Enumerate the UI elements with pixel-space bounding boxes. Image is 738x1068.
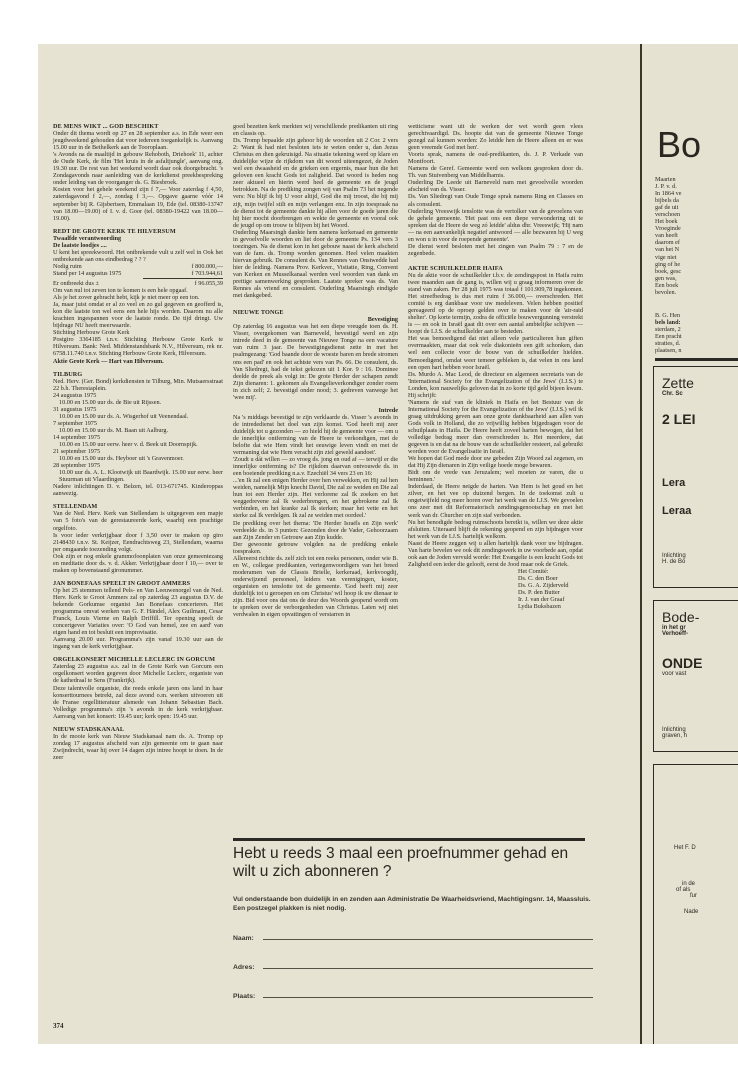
section-subtitle: Bevestiging [233, 316, 398, 323]
subscription-coupon: Hebt u reeds 3 maal een proefnummer geha… [233, 845, 593, 1000]
text-line: daarom ef [655, 239, 681, 246]
paragraph: Postgiro 3364185 t.n.v. Stichting Herbou… [53, 336, 223, 357]
name-field[interactable]: Naam: [233, 935, 593, 942]
ad-title: Zette [662, 375, 738, 391]
ad-footer: H. de Bo [662, 559, 738, 565]
ad-box-2: Bode- in het gr Verhoeff- ONDE voor vast… [653, 600, 738, 752]
section-title: ORGELKONSERT MICHELLE LECLERC IN GORCUM [53, 656, 223, 663]
text-line: J. P. v. d. [655, 183, 681, 190]
paragraph: Na 's middags bevestigd te zijn verklaar… [233, 414, 398, 456]
paragraph: Zaterdag 23 augustus a.s. zal in de Grot… [53, 663, 223, 684]
section-subtitle: De laatste loodjes .... [53, 242, 223, 249]
section-title: DE MENS WIKT ... GOD BESCHIKT [53, 123, 223, 130]
schedule-date: 14 september 1975 [53, 434, 223, 441]
address-field[interactable]: Adres: [233, 964, 593, 971]
paragraph: Ja, maar juist omdat er al zo veel en zo… [53, 301, 223, 329]
section-title: JAN BONEFAAS SPEELT IN GROOT AMMERS [53, 580, 223, 587]
name-line[interactable] [263, 938, 593, 940]
text-line: In 1864 ve [655, 190, 681, 197]
text-line: verschoen [655, 211, 681, 218]
schedule-detail: 10.00 en 15.00 uur ds. A. Wisgerhof uit … [53, 413, 223, 420]
paragraph: Naast de Heere zeggen wij u allen hartel… [408, 540, 583, 568]
paragraph: Van de Ned. Herv. Kerk van Stellendam is… [53, 510, 223, 531]
paragraph: Der gewoonte getrouw volgden na de predi… [233, 541, 398, 555]
ad-line: fur [690, 893, 738, 899]
ad-subtitle: Verhoeff- [662, 631, 738, 637]
facing-text-block: B. G. Hen bels land: sterdam, 2 Een prac… [655, 312, 682, 354]
text-line: Het boek [655, 218, 681, 225]
schedule-detail: 10.00 en 15.00 uur ds. M. Baan uit Aalbu… [53, 427, 223, 434]
amount-value: f 96.055,39 [195, 280, 223, 287]
paragraph: Ds. Van Sliedregt van Oude Tonge sprak n… [408, 193, 583, 207]
amount-value: f 800.000,— [192, 263, 223, 270]
section-title: STELLENDAM [53, 503, 223, 510]
amount-row: Er ontbreekt dus ±f 96.055,39 [53, 280, 223, 287]
schedule-date: 21 september 1975 [53, 448, 223, 455]
paragraph: Ouderling Vreeswijk tenslotte was de ver… [408, 208, 583, 243]
paragraph: Om van nul tot zeven ton te komen is een… [53, 287, 223, 294]
text-line: bijbels da [655, 197, 681, 204]
text-line: straties, d. [655, 340, 682, 347]
column-3: wetticisme want uit de werken der wet wo… [408, 123, 583, 610]
paragraph: wetticisme want uit de werken der wet wo… [408, 123, 583, 151]
paragraph: We hopen dat God mede door uw gebeden Zi… [408, 455, 583, 469]
paragraph: Stichting Herbouw Grote Kerk [53, 329, 223, 336]
ad-line: voor vast [662, 671, 738, 677]
paragraph: Nadere inlichtingen D. v. Belzen, tel. 0… [53, 483, 223, 497]
text-line: van heeft [655, 232, 681, 239]
paragraph: Op het 25 stemmen tellend Pels- en Van L… [53, 587, 223, 636]
amount-row: Nodig ruimf 800.000,— [53, 263, 223, 270]
paragraph: Namens de Geref. Gemeente werd een welko… [408, 165, 583, 179]
ad-box-3: Het F. D in de of als fur Nade [653, 764, 738, 1044]
paragraph: 'Zoudt u dát willen — zo vroeg ds. jong … [233, 456, 398, 477]
committee-member: Ir. J. van der Graaf [518, 596, 583, 603]
section-title: REDT DE GROTE KERK TE HILVERSUM [53, 228, 223, 235]
ad-box-1: Zette Chr. Sc 2 LEI Lera Leraa Inlichtin… [653, 366, 738, 588]
paragraph: Ds. Tromp bepaalde zijn gehoor bij de wo… [233, 137, 398, 229]
paragraph: Ook zijn er nog enkele grammofoonplaten … [53, 553, 223, 574]
paragraph: goed bezetten kerk merkten wij verschill… [233, 123, 398, 137]
text-line: boek, gesc [655, 268, 681, 275]
city-line[interactable] [263, 996, 593, 998]
text-line: B. G. Hen [655, 312, 682, 319]
name-label: Naam: [233, 935, 263, 942]
text-line: bels land: [655, 319, 682, 326]
coupon-headline: Hebt u reeds 3 maal een proefnummer geha… [233, 845, 593, 881]
amount-label: Nodig ruim [53, 263, 82, 270]
text-line: vige niet [655, 254, 681, 261]
paragraph: De prediking over het thema: 'De Herder … [233, 520, 398, 541]
schedule-date: 28 september 1975 [53, 462, 223, 469]
text-line: Een boek [655, 282, 681, 289]
ad-line: Leraa [662, 505, 738, 517]
paragraph: Het was bemoedigend dat niet alleen vele… [408, 335, 583, 370]
paragraph: Is voor ieder verkrijgbaar door f 3,50 o… [53, 532, 223, 553]
paragraph: Deze talentvolle organiste, die reeds en… [53, 685, 223, 720]
ad-line: Nade [684, 909, 738, 915]
coupon-instructions: Vul onderstaande bon duidelijk in en zen… [233, 895, 593, 913]
amount-label: Er ontbreekt dus ± [53, 280, 99, 287]
schedule-detail: 10.00 en 15.00 uur eerw. heer v. d. Beek… [53, 441, 223, 448]
section-title: AKTIE SCHUILKELDER HAIFA [408, 265, 583, 272]
paragraph: Kosten voor het gehele weekend zijn f 7,… [53, 186, 223, 221]
schedule-detail: 10.00 en 15.00 uur ds. Heyboer uit 's Gr… [53, 455, 223, 462]
committee-member: Ds. P. den Butter [518, 589, 583, 596]
paragraph: Ouderling De Leede uit Barneveld nam met… [408, 179, 583, 193]
text-line: plaatsen, n [655, 347, 682, 354]
ad-headline: ONDE [662, 655, 738, 671]
text-line: gen was, [655, 275, 681, 282]
paragraph: 'Namens de staf van de kliniek in Haifa … [408, 399, 583, 455]
schedule-date: 7 september 1975 [53, 420, 223, 427]
facing-text-block: Maarten J. P. v. d. In 1864 ve bijbels d… [655, 176, 681, 296]
paragraph: Nu de aktie voor de schuilkelder t.b.v. … [408, 272, 583, 335]
ad-title: Bode- [662, 609, 738, 625]
paragraph: Allereerst richtte ds. zelf zich tot een… [233, 555, 398, 618]
ad-line: Het F. D [674, 845, 738, 851]
text-line: ging of he [655, 261, 681, 268]
sum-rule [143, 278, 223, 279]
text-line: sterdam, 2 [655, 326, 682, 333]
amount-label: Stand per 14 augustus 1975 [53, 270, 121, 277]
paragraph: 's Avonds na de maaltijd in gebouw Rehob… [53, 151, 223, 186]
text-line: Vroeginde [655, 225, 681, 232]
facing-page-heading: Bo [657, 124, 701, 166]
paragraph: Voorts sprak, namens de oud-predikanten,… [408, 151, 583, 165]
address-label: Adres: [233, 964, 263, 971]
text-line: bevolen. [655, 289, 681, 296]
schedule-detail: 10.00 uur ds. A. L. Klootwijk uit Baardw… [53, 469, 223, 483]
paragraph: Aanvang 20.00 uur. Programma's zijn vana… [53, 636, 223, 650]
section-subtitle: Intrede [233, 407, 398, 414]
paragraph: In de mooie kerk van Nieuw Stadskanaal n… [53, 733, 223, 761]
section-title: NIEUW STADSKANAAL [53, 726, 223, 733]
committee-member: Ds. G. A. Zijderveld [518, 582, 583, 589]
section-subtitle: Twaalfde verantwoording [53, 235, 223, 242]
paragraph: Inderdaad, de Heere neigde de harten. Va… [408, 483, 583, 518]
paragraph: Bidt om de vrede van Jeruzalem; wel moet… [408, 469, 583, 483]
section-title: NIEUWE TONGE [233, 309, 398, 316]
ad-footer: graven, h [662, 733, 738, 739]
ad-line: Lera [662, 477, 738, 489]
coupon-divider [233, 838, 585, 841]
column-2: goed bezetten kerk merkten wij verschill… [233, 123, 398, 618]
address-line[interactable] [263, 967, 593, 969]
paragraph: Ned. Herv. (Ger. Bond) kerkdiensten te T… [53, 378, 223, 392]
paragraph: Nu het benodigde bedrag ruimschoots bere… [408, 519, 583, 540]
text-line: Maarten [655, 176, 681, 183]
facing-page: Bo Maarten J. P. v. d. In 1864 ve bijbel… [647, 44, 738, 1044]
paragraph: Onder dit thema wordt op 27 en 28 septem… [53, 130, 223, 151]
amount-value: f 703.944,61 [192, 270, 223, 277]
schedule-date: 31 augustus 1975 [53, 406, 223, 413]
paragraph: U kent het spreekwoord. Het ontbrekende … [53, 249, 223, 263]
committee-member: Ds. C. den Boer [518, 575, 583, 582]
paragraph: Ds. Murdo A. Mac Leod, de directeur en a… [408, 371, 583, 399]
paragraph: Op zaterdag 16 augustus was het een diep… [233, 323, 398, 401]
ad-headline: 2 LEI [662, 411, 738, 427]
paragraph: ...'en Ik zal een enigen Herder over hen… [233, 477, 398, 519]
paragraph: Als je het zover gebracht hebt, kijk je … [53, 294, 223, 301]
committee-member: Lydia Buksbazen [518, 603, 583, 610]
paragraph: Ouderling Maarsingh dankte hem namens ke… [233, 229, 398, 299]
page-gutter [640, 44, 642, 1044]
committee-label: Het Comité: [518, 568, 583, 575]
section-title: TILBURG [53, 371, 223, 378]
text-line: gaf de uit [655, 204, 681, 211]
schedule-date: 24 augustus 1975 [53, 392, 223, 399]
text-line: van het N [655, 246, 681, 253]
amount-row: Stand per 14 augustus 1975f 703.944,61 [53, 270, 223, 277]
ad-subtitle: Chr. Sc [662, 391, 738, 397]
committee-signatures: Het Comité: Ds. C. den Boer Ds. G. A. Zi… [518, 568, 583, 610]
column-1: DE MENS WIKT ... GOD BESCHIKT Onder dit … [53, 123, 223, 761]
facing-divider [655, 358, 738, 361]
text-line: Een pracht [655, 333, 682, 340]
city-label: Plaats: [233, 993, 263, 1000]
page-number: 374 [53, 1022, 64, 1030]
paragraph: De dienst werd besloten met het zingen v… [408, 243, 583, 257]
closing-line: Aktie Grote Kerk — Hart van Hilversum. [53, 358, 223, 365]
schedule-detail: 10.00 en 15.00 uur ds. de Bie uit Rijsse… [53, 399, 223, 406]
city-field[interactable]: Plaats: [233, 993, 593, 1000]
